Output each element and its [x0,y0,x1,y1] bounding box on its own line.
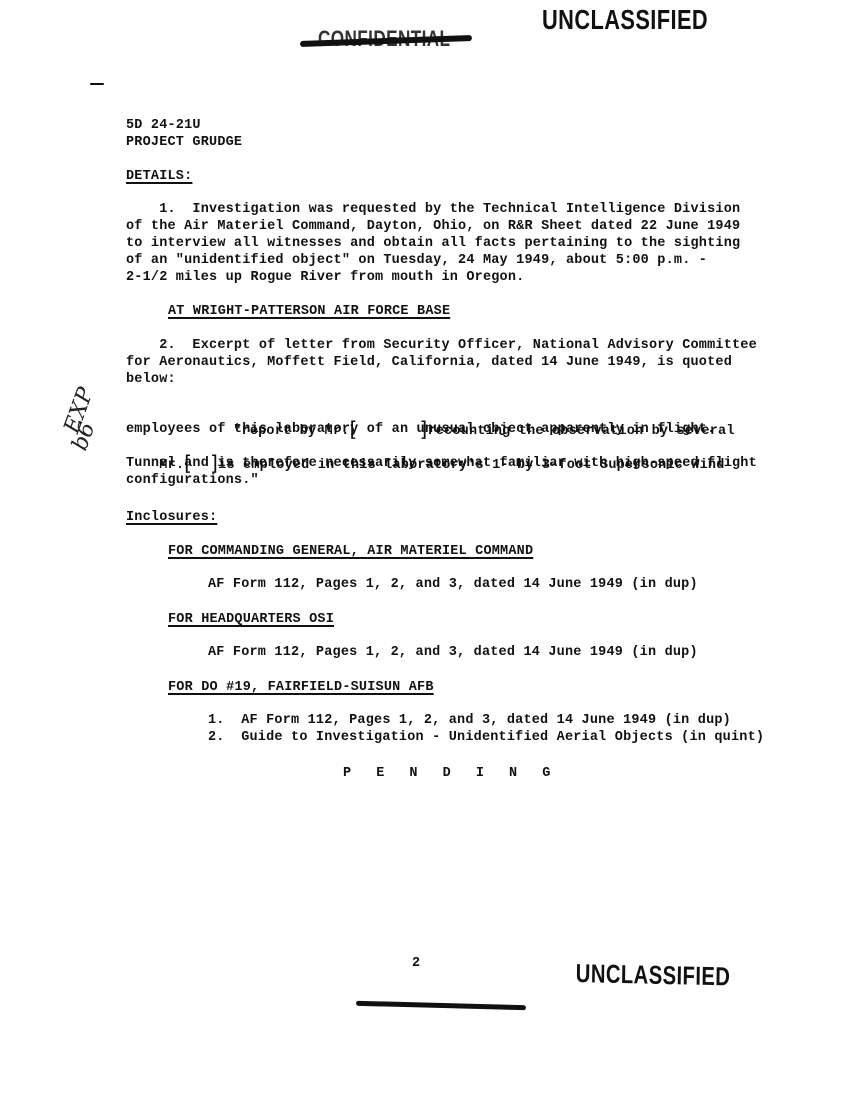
project-name: PROJECT GRUDGE [126,134,242,152]
inclosure-item: AF Form 112, Pages 1, 2, and 3, dated 14… [208,576,698,594]
inclosure-item: 1. AF Form 112, Pages 1, 2, and 3, dated… [208,712,731,730]
paragraph-1-line: of an "unidentified object" on Tuesday, … [126,252,707,270]
page-number: 2 [412,955,420,973]
inclosures-heading: Inclosures: [126,509,217,527]
details-heading: DETAILS: [126,168,192,186]
top-classification-stamp: UNCLASSIFIED [542,4,708,36]
paragraph-1-line: 1. Investigation was requested by the Te… [126,201,740,219]
status-pending: P E N D I N G [343,765,551,783]
quote-line: Tunnel and is therefore necessarily some… [126,455,757,473]
bottom-classification-stamp: UNCLASSIFIED [576,958,731,992]
file-reference: 5D 24-21U [126,117,201,135]
quote-line: configurations." [126,472,259,490]
quote-line: employees of this laboratory of an unusu… [126,421,715,439]
inclosure-group-title: FOR DO #19, FAIRFIELD-SUISUN AFB [168,679,434,697]
inclosure-item: 2. Guide to Investigation - Unidentified… [208,729,764,747]
inclosure-item: AF Form 112, Pages 1, 2, and 3, dated 14… [208,644,698,662]
paragraph-2-line: 2. Excerpt of letter from Security Offic… [126,337,757,355]
section-heading: AT WRIGHT-PATTERSON AIR FORCE BASE [168,303,450,321]
paragraph-1-line: to interview all witnesses and obtain al… [126,235,740,253]
margin-dash [90,83,104,85]
paragraph-2-line: for Aeronautics, Moffett Field, Californ… [126,354,732,372]
inclosure-group-title: FOR COMMANDING GENERAL, AIR MATERIEL COM… [168,543,533,561]
paragraph-1-line: of the Air Materiel Command, Dayton, Ohi… [126,218,740,236]
inclosure-group-title: FOR HEADQUARTERS OSI [168,611,334,629]
footer-strike-line [356,1001,526,1010]
paragraph-2-line: below: [126,371,176,389]
paragraph-1-line: 2-1/2 miles up Rogue River from mouth in… [126,269,524,287]
